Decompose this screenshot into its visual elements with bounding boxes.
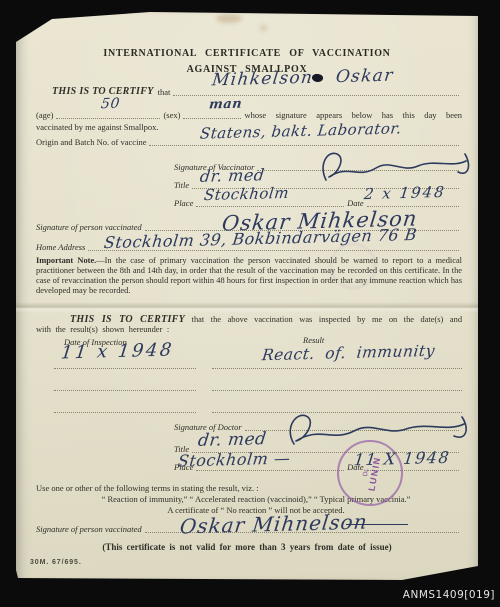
dotted-line <box>196 204 344 207</box>
doctor-signature-scrawl <box>280 408 470 452</box>
terms-intro: Use one or other of the following terms … <box>36 483 259 493</box>
age-label: (age) <box>36 110 53 120</box>
sex-value: man <box>208 97 243 113</box>
validity-note-row: (This certificate is not valid for more … <box>16 542 478 552</box>
signature-person-label-1: Signature of person vaccinated <box>36 222 142 232</box>
vaccinated-line: vaccinated by me against Smallpox. <box>36 122 159 132</box>
paper-stain <box>259 25 268 31</box>
important-note-body: —In the case of primary vaccination the … <box>36 256 462 295</box>
date-value-2: 11 X 1948 <box>353 448 451 470</box>
date-inspection-value: 11 x 1948 <box>60 339 175 363</box>
dotted-line <box>54 384 196 391</box>
certify-2-line1: THIS IS TO CERTIFY that the above vaccin… <box>36 315 462 325</box>
certify-2-paragraph: THIS IS TO CERTIFY that the above vaccin… <box>36 315 462 335</box>
date-label-1: Date <box>347 198 364 208</box>
fold-crease <box>16 302 478 313</box>
result-label: Result <box>303 335 324 345</box>
dotted-line <box>212 362 462 369</box>
important-note: Important Note.—In the case of primary v… <box>36 256 462 296</box>
vaccinated-text: vaccinated by me against Smallpox. <box>36 122 159 132</box>
dotted-line <box>54 406 196 413</box>
title-value-1: dr. med <box>199 165 266 186</box>
terms-intro-row: Use one or other of the following terms … <box>36 483 259 493</box>
signature-person-label-2: Signature of person vaccinated <box>36 524 142 534</box>
place-value-1: Stockholm <box>203 184 290 204</box>
dotted-line <box>183 116 241 119</box>
place-value-2: Stockholm — <box>177 448 292 470</box>
home-address-label: Home Address <box>36 242 85 252</box>
certificate-document: INTERNATIONAL CERTIFICATE OF VACCINATION… <box>16 12 478 580</box>
dotted-line <box>173 93 459 96</box>
certify-2-line2: with the result(s) shown hereunder : <box>36 325 462 335</box>
title-value-2: dr. med <box>197 429 268 451</box>
signature-trailing-stroke <box>346 524 408 525</box>
sex-label: (sex) <box>163 110 180 120</box>
paper-stain <box>216 14 242 23</box>
result-value: React. of. immunity <box>261 342 436 365</box>
certify-2-rest: that the above vaccination was inspected… <box>192 315 462 324</box>
dotted-line <box>56 116 160 119</box>
form-print-number: 30M. 67/695. <box>30 559 82 566</box>
signature-person-value-2: Oskar Mihnelson <box>179 510 369 539</box>
form-title-line1: INTERNATIONAL CERTIFICATE OF VACCINATION <box>16 48 478 59</box>
place-label-1: Place <box>174 198 193 208</box>
origin-label: Origin and Batch No. of vaccine <box>36 137 146 147</box>
vaccinator-signature-scrawl <box>316 146 472 188</box>
dotted-line <box>212 384 462 391</box>
certify-that: that <box>158 87 171 97</box>
archive-reference-label: ANMS1409[019] <box>403 589 495 601</box>
validity-note: (This certificate is not valid for more … <box>102 542 391 552</box>
date-value-1: 2 x 1948 <box>363 183 447 203</box>
age-sex-rest-text: whose signature appears below has this d… <box>244 110 462 120</box>
certify-2-lead: THIS IS TO CERTIFY <box>70 314 185 325</box>
age-value: 50 <box>100 96 121 113</box>
title-label-1: Title <box>174 180 189 190</box>
important-note-lead: Important Note. <box>36 256 96 265</box>
terms-line1-row: “ Reaction of immunity,” “ Accelerated r… <box>46 494 466 504</box>
